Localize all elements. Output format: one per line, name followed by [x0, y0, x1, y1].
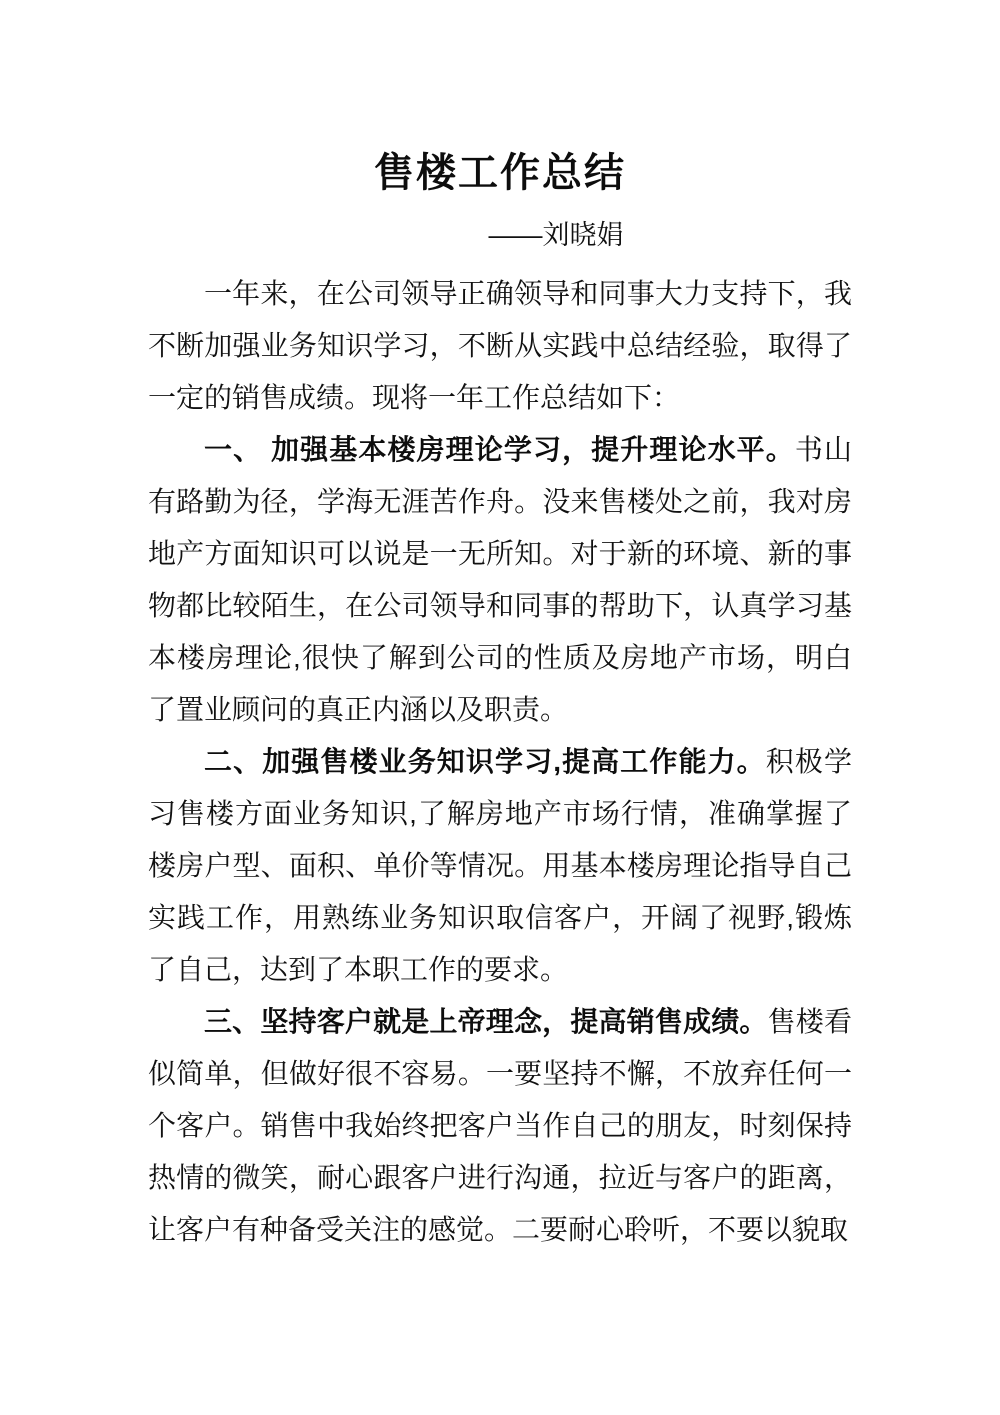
paragraph-section-2: 二、加强售楼业务知识学习,提高工作能力。积极学习售楼方面业务知识,了解房地产市场…: [148, 736, 852, 996]
paragraph-section-1: 一、 加强基本楼房理论学习，提升理论水平。书山有路勤为径，学海无涯苦作舟。没来售…: [148, 424, 852, 736]
paragraph-lead-bold: 一、 加强基本楼房理论学习，提升理论水平。: [204, 434, 795, 465]
paragraph-text: 书山有路勤为径，学海无涯苦作舟。没来售楼处之前，我对房地产方面知识可以说是一无所…: [148, 434, 852, 725]
document-body: 一年来，在公司领导正确领导和同事大力支持下，我不断加强业务知识学习，不断从实践中…: [148, 268, 852, 1256]
document-title: 售楼工作总结: [148, 146, 852, 200]
paragraph-intro: 一年来，在公司领导正确领导和同事大力支持下，我不断加强业务知识学习，不断从实践中…: [148, 268, 852, 424]
paragraph-text: 售楼看似简单，但做好很不容易。一要坚持不懈，不放弃任何一个客户。销售中我始终把客…: [148, 1006, 852, 1245]
document-byline: ——刘晓娟: [204, 218, 908, 252]
paragraph-lead-bold: 二、加强售楼业务知识学习,提高工作能力。: [204, 746, 766, 777]
paragraph-section-3: 三、坚持客户就是上帝理念，提高销售成绩。售楼看似简单，但做好很不容易。一要坚持不…: [148, 996, 852, 1256]
paragraph-text: 积极学习售楼方面业务知识,了解房地产市场行情，准确掌握了楼房户型、面积、单价等情…: [148, 746, 852, 985]
paragraph-lead-bold: 三、坚持客户就是上帝理念，提高销售成绩。: [204, 1006, 768, 1037]
paragraph-text: 一年来，在公司领导正确领导和同事大力支持下，我不断加强业务知识学习，不断从实践中…: [148, 278, 852, 413]
document-page: 售楼工作总结 ——刘晓娟 一年来，在公司领导正确领导和同事大力支持下，我不断加强…: [0, 0, 1000, 1415]
